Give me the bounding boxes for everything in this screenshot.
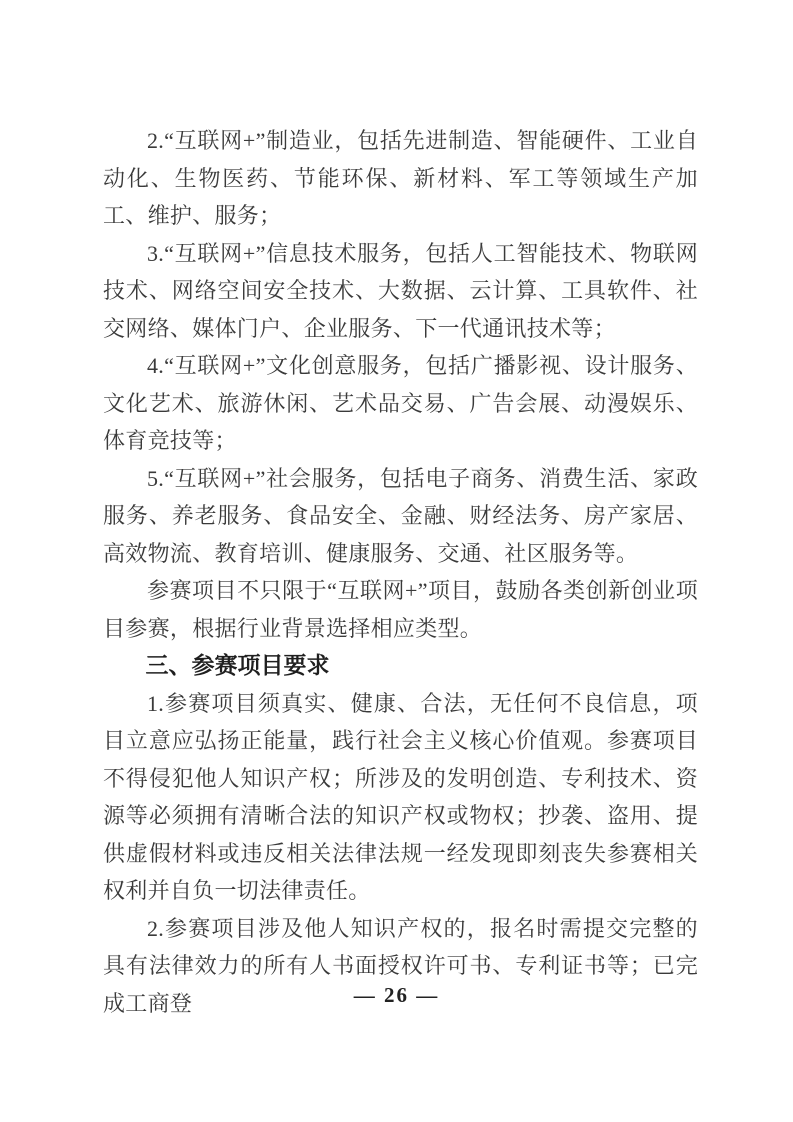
page-number: — 26 — xyxy=(0,983,793,1008)
paragraph-item-5-social-services: 5.“互联网+”社会服务，包括电子商务、消费生活、家政服务、养老服务、食品安全、… xyxy=(103,460,698,573)
document-page: 2.“互联网+”制造业，包括先进制造、智能硬件、工业自动化、生物医药、节能环保、… xyxy=(0,0,793,1122)
paragraph-note-not-limited: 参赛项目不只限于“互联网+”项目，鼓励各类创新创业项目参赛，根据行业背景选择相应… xyxy=(103,572,698,647)
paragraph-item-4-cultural-creative: 4.“互联网+”文化创意服务，包括广播影视、设计服务、文化艺术、旅游休闲、艺术品… xyxy=(103,347,698,460)
section-heading-project-requirements: 三、参赛项目要求 xyxy=(103,647,698,685)
document-body: 2.“互联网+”制造业，包括先进制造、智能硬件、工业自动化、生物医药、节能环保、… xyxy=(103,122,698,1022)
paragraph-item-2-manufacturing: 2.“互联网+”制造业，包括先进制造、智能硬件、工业自动化、生物医药、节能环保、… xyxy=(103,122,698,235)
paragraph-item-3-it-services: 3.“互联网+”信息技术服务，包括人工智能技术、物联网技术、网络空间安全技术、大… xyxy=(103,235,698,348)
paragraph-requirement-1: 1.参赛项目须真实、健康、合法，无任何不良信息，项目立意应弘扬正能量，践行社会主… xyxy=(103,685,698,910)
